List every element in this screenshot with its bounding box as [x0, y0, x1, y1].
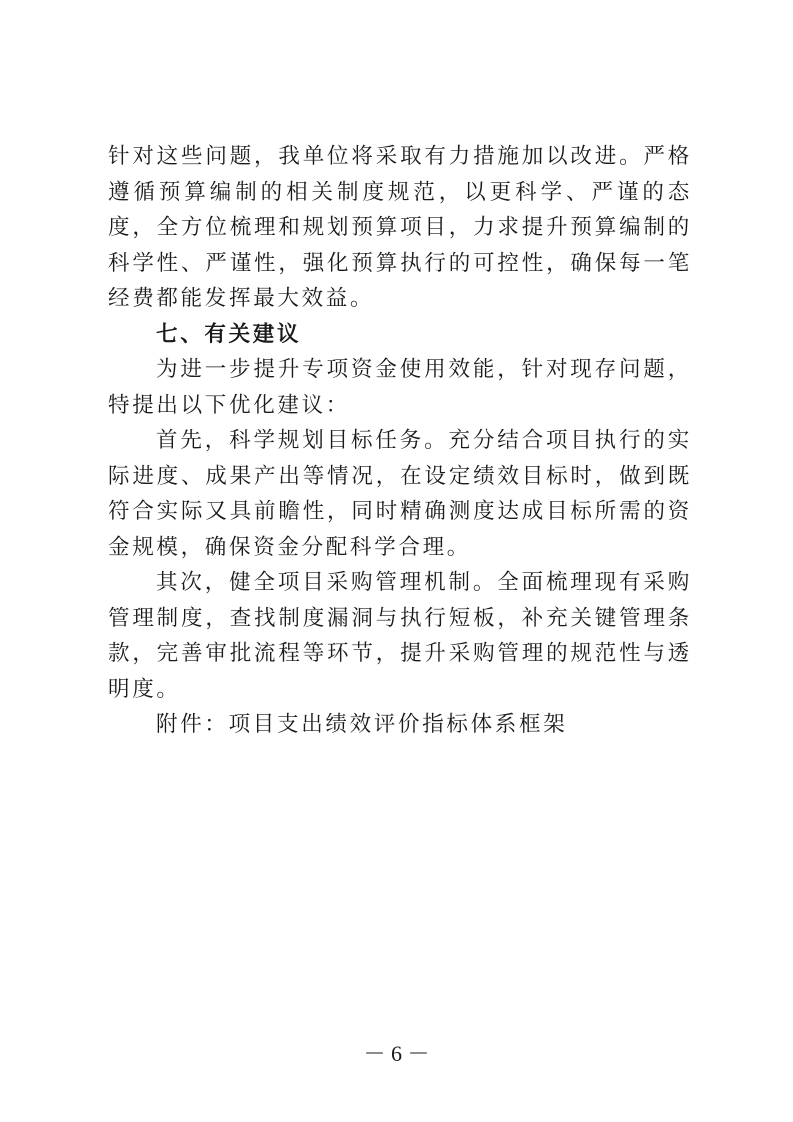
paragraph-improvement-measures: 针对这些问题，我单位将采取有力措施加以改进。严格遵循预算编制的相关制度规范，以更…	[108, 139, 692, 317]
section-heading-suggestions: 七、有关建议	[108, 317, 692, 353]
paragraph-attachment: 附件：项目支出绩效评价指标体系框架	[108, 707, 692, 743]
document-page: 针对这些问题，我单位将采取有力措施加以改进。严格遵循预算编制的相关制度规范，以更…	[0, 0, 793, 1122]
document-body: 针对这些问题，我单位将采取有力措施加以改进。严格遵循预算编制的相关制度规范，以更…	[108, 139, 692, 743]
paragraph-first-suggestion: 首先，科学规划目标任务。充分结合项目执行的实际进度、成果产出等情况，在设定绩效目…	[108, 423, 692, 565]
page-number: － 6 －	[0, 1037, 793, 1068]
paragraph-second-suggestion: 其次，健全项目采购管理机制。全面梳理现有采购管理制度，查找制度漏洞与执行短板，补…	[108, 565, 692, 707]
paragraph-intro-suggestions: 为进一步提升专项资金使用效能，针对现存问题，特提出以下优化建议：	[108, 352, 692, 423]
